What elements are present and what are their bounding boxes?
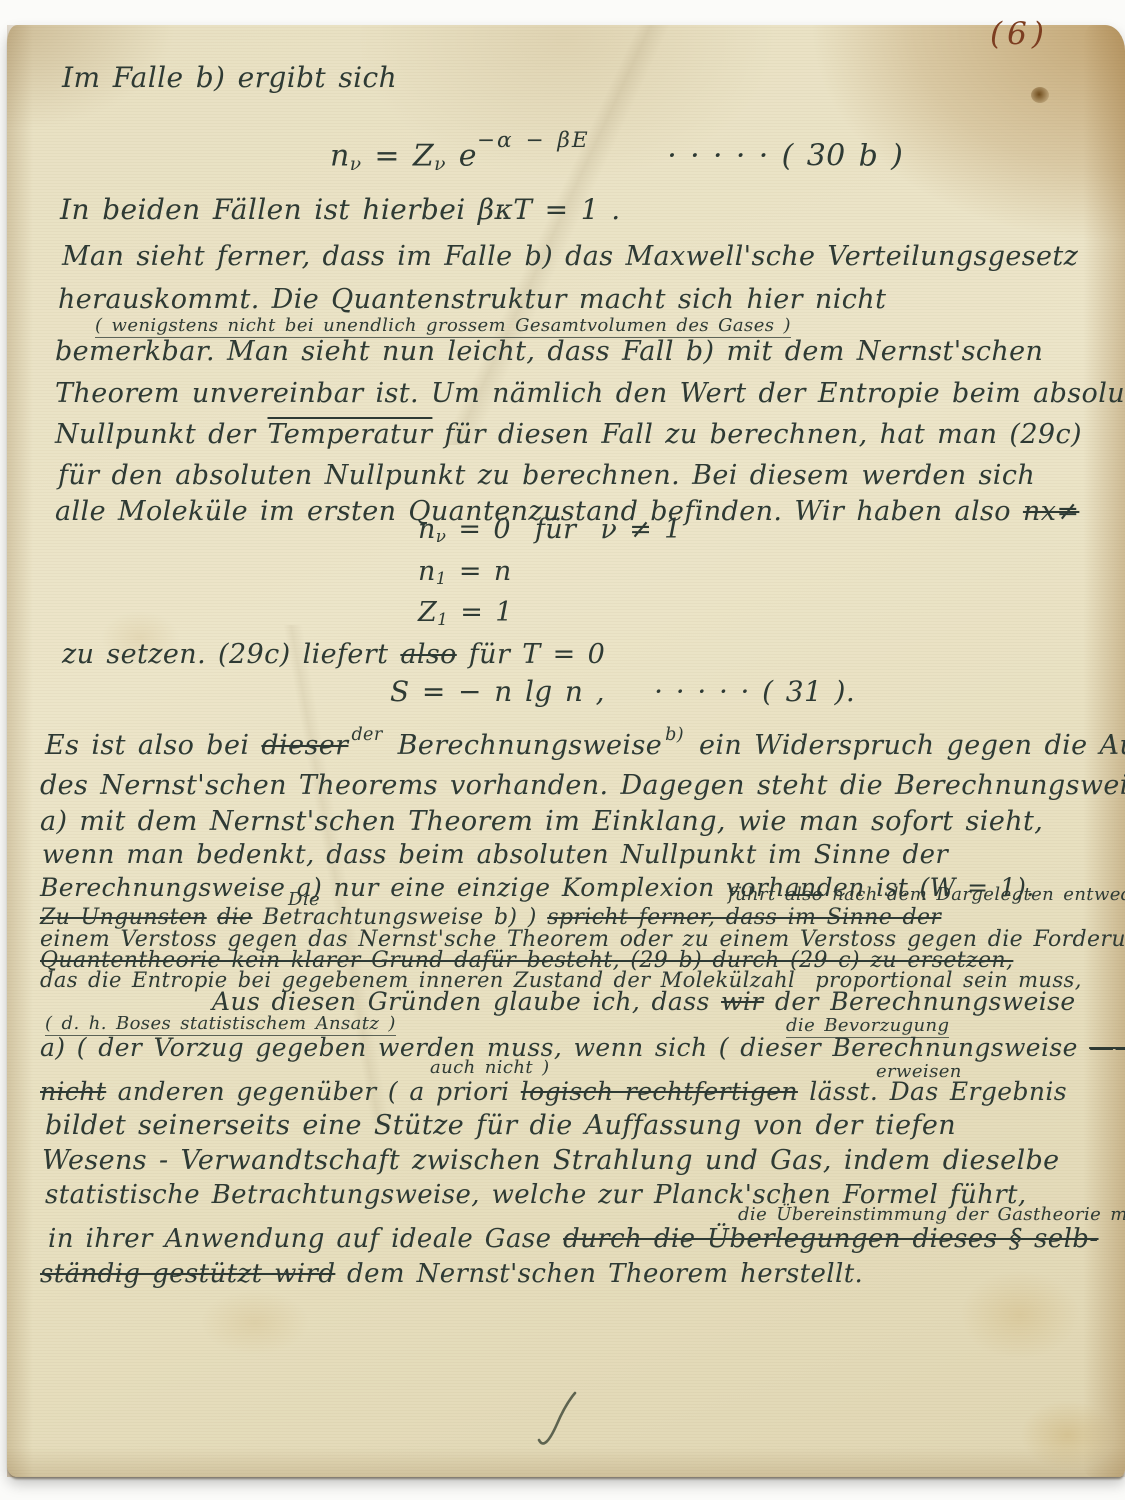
text-segment: a) mit dem Nernst'schen Theorem im Einkl… — [40, 806, 1043, 837]
text-segment: S = − n lg n , · · · · · ( 31 ). — [390, 675, 855, 708]
text-segment: durch die Überlegungen dieses § selb- — [563, 1224, 1098, 1254]
text-segment: n — [418, 514, 436, 545]
manuscript-line: zu setzen. (29c) liefert also für T = 0 — [62, 641, 605, 668]
text-segment: Wesens - Verwandtschaft zwischen Strahlu… — [42, 1145, 1060, 1176]
manuscript-line: Man sieht ferner, dass im Falle b) das M… — [62, 243, 1078, 270]
manuscript-line: ( wenigstens nicht bei unendlich grossem… — [95, 317, 791, 335]
text-segment: wenn man bedenkt, dass beim absoluten Nu… — [42, 840, 948, 870]
manuscript-line: Nullpunkt der Temperatur für diesen Fall… — [55, 421, 1082, 448]
manuscript-line: bemerkbar. Man sieht nun leicht, dass Fa… — [55, 338, 1043, 365]
manuscript-line: des Nernst'schen Theorems vorhanden. Dag… — [40, 772, 1125, 799]
manuscript-line: n1 = n — [418, 558, 512, 587]
text-segment: also — [400, 639, 456, 670]
text-segment: ν — [350, 154, 362, 175]
text-segment: Nullpunkt der — [55, 419, 268, 450]
text-segment: = Z — [361, 138, 434, 173]
text-segment: wir — [721, 987, 764, 1016]
text-segment: die Übereinstimmung der Gastheorie mit — [738, 1204, 1125, 1225]
manuscript-line: Theorem unvereinbar ist. Um nämlich den … — [55, 380, 1125, 407]
text-segment: für den absoluten Nullpunkt zu berechnen… — [58, 460, 1035, 491]
text-segment: · · · · · ( 30 b ) — [590, 138, 904, 173]
text-segment: n — [330, 138, 350, 173]
manuscript-line: a) ( der Vorzug gegeben werden muss, wen… — [40, 1035, 1125, 1060]
text-segment: Berechnungsweise — [386, 730, 662, 761]
text-segment: dem Nernst'schen Theorem herstellt. — [335, 1259, 863, 1289]
manuscript-line: ( d. h. Boses statistischem Ansatz ) — [45, 1015, 396, 1033]
manuscript-line: wenn man bedenkt, dass beim absoluten Nu… — [42, 842, 948, 868]
manuscript-line: Zu Ungunsten die Betrachtungsweise b) ) … — [40, 907, 941, 929]
manuscript-line: Im Falle b) ergibt sich — [62, 64, 397, 92]
text-segment: anderen gegenüber ( a priori — [106, 1077, 521, 1106]
text-segment: logisch rechtfertigen — [521, 1077, 798, 1106]
manuscript-line: nicht anderen gegenüber ( a priori logis… — [40, 1079, 1067, 1104]
text-segment: Temperatur — [268, 419, 433, 450]
text-segment: 1 — [436, 568, 447, 588]
text-segment: bildet seinerseits eine Stütze für die A… — [45, 1110, 956, 1141]
text-segment: dieser — [261, 730, 348, 761]
text-segment: Man sieht ferner, dass im Falle b) das M… — [62, 241, 1078, 272]
text-segment: ständig gestützt wird — [40, 1259, 335, 1289]
manuscript-line: die Übereinstimmung der Gastheorie mit — [738, 1206, 1125, 1224]
manuscript-line: ständig gestützt wird dem Nernst'schen T… — [40, 1261, 863, 1287]
text-segment: = 0 für ν ≠ 1 — [446, 514, 681, 545]
checkmark-icon — [533, 1390, 579, 1452]
text-segment: b) — [662, 725, 687, 745]
text-segment: nicht — [40, 1077, 106, 1106]
text-segment: nach dem Dargelegten entweder zu — [823, 884, 1125, 905]
text-segment: = 1 — [448, 597, 513, 628]
manuscript-line: nν = 0 für ν ≠ 1 — [418, 516, 682, 545]
manuscript-line: S = − n lg n , · · · · · ( 31 ). — [390, 678, 855, 706]
text-segment: der — [348, 725, 385, 745]
text-segment: 1 — [437, 609, 448, 629]
text-segment: der Berechnungsweise — [764, 987, 1076, 1016]
manuscript-line: In beiden Fällen ist hierbei βκT = 1 . — [60, 196, 621, 224]
manuscript-line: auch nicht ) — [430, 1059, 550, 1077]
text-segment: ein Widerspruch gegen die Aussage — [687, 730, 1125, 761]
manuscript-line: Es ist also bei dieserder Berechnungswei… — [45, 732, 1125, 759]
manuscript-lines: Im Falle b) ergibt sichnν = Zν e−α − βE … — [0, 0, 1125, 1500]
text-segment: Theorem unvereinbar ist. Um nämlich den … — [55, 378, 1125, 409]
text-segment: nx≠ — [1023, 496, 1079, 527]
text-segment: ν — [434, 154, 446, 175]
manuscript-line: in ihrer Anwendung auf ideale Gase durch… — [48, 1226, 1099, 1252]
text-segment: ( wenigstens nicht bei unendlich grossem… — [95, 315, 791, 338]
manuscript-line: a) mit dem Nernst'schen Theorem im Einkl… — [40, 808, 1043, 835]
text-segment: ν — [436, 526, 447, 546]
text-segment: Es ist also bei — [45, 730, 261, 761]
text-segment: Aus diesen Gründen glaube ich, dass — [212, 987, 721, 1016]
text-segment: Im Falle b) ergibt sich — [62, 61, 397, 94]
text-segment: In beiden Fällen ist hierbei βκT = 1 . — [60, 193, 621, 226]
manuscript-line: Aus diesen Gründen glaube ich, dass wir … — [212, 989, 1076, 1014]
manuscript-line: führt also nach dem Dargelegten entweder… — [728, 886, 1125, 904]
text-segment: lässt. Das Ergebnis — [798, 1077, 1067, 1106]
text-segment: n — [418, 556, 436, 587]
text-segment: für diesen Fall zu berechnen, hat man (2… — [432, 419, 1082, 450]
text-segment: e — [446, 138, 477, 173]
manuscript-line: für den absoluten Nullpunkt zu berechnen… — [58, 462, 1035, 489]
manuscript-line: herauskommt. Die Quantenstruktur macht s… — [58, 286, 886, 313]
text-segment: auch nicht ) — [430, 1057, 550, 1078]
manuscript-line: Z1 = 1 — [418, 599, 513, 628]
text-segment: a) ( der Vorzug gegeben werden muss, wen… — [40, 1033, 1089, 1062]
text-segment: ——— — [1089, 1033, 1125, 1062]
text-segment: zu setzen. (29c) liefert — [62, 639, 400, 670]
text-segment: für T = 0 — [457, 639, 605, 670]
text-segment: also — [785, 884, 823, 905]
text-segment: führt — [728, 884, 785, 905]
text-segment: in ihrer Anwendung auf ideale Gase — [48, 1224, 563, 1254]
text-segment: −α − βE — [477, 128, 590, 153]
text-segment: herauskommt. Die Quantenstruktur macht s… — [58, 284, 886, 315]
manuscript-line: bildet seinerseits eine Stütze für die A… — [45, 1112, 956, 1139]
text-segment: des Nernst'schen Theorems vorhanden. Dag… — [40, 770, 1125, 801]
manuscript-line: Wesens - Verwandtschaft zwischen Strahlu… — [42, 1147, 1060, 1174]
manuscript-line: nν = Zν e−α − βE · · · · · ( 30 b ) — [330, 130, 903, 175]
text-segment: Z — [418, 597, 437, 628]
text-segment: = n — [447, 556, 512, 587]
text-segment: bemerkbar. Man sieht nun leicht, dass Fa… — [55, 336, 1043, 367]
